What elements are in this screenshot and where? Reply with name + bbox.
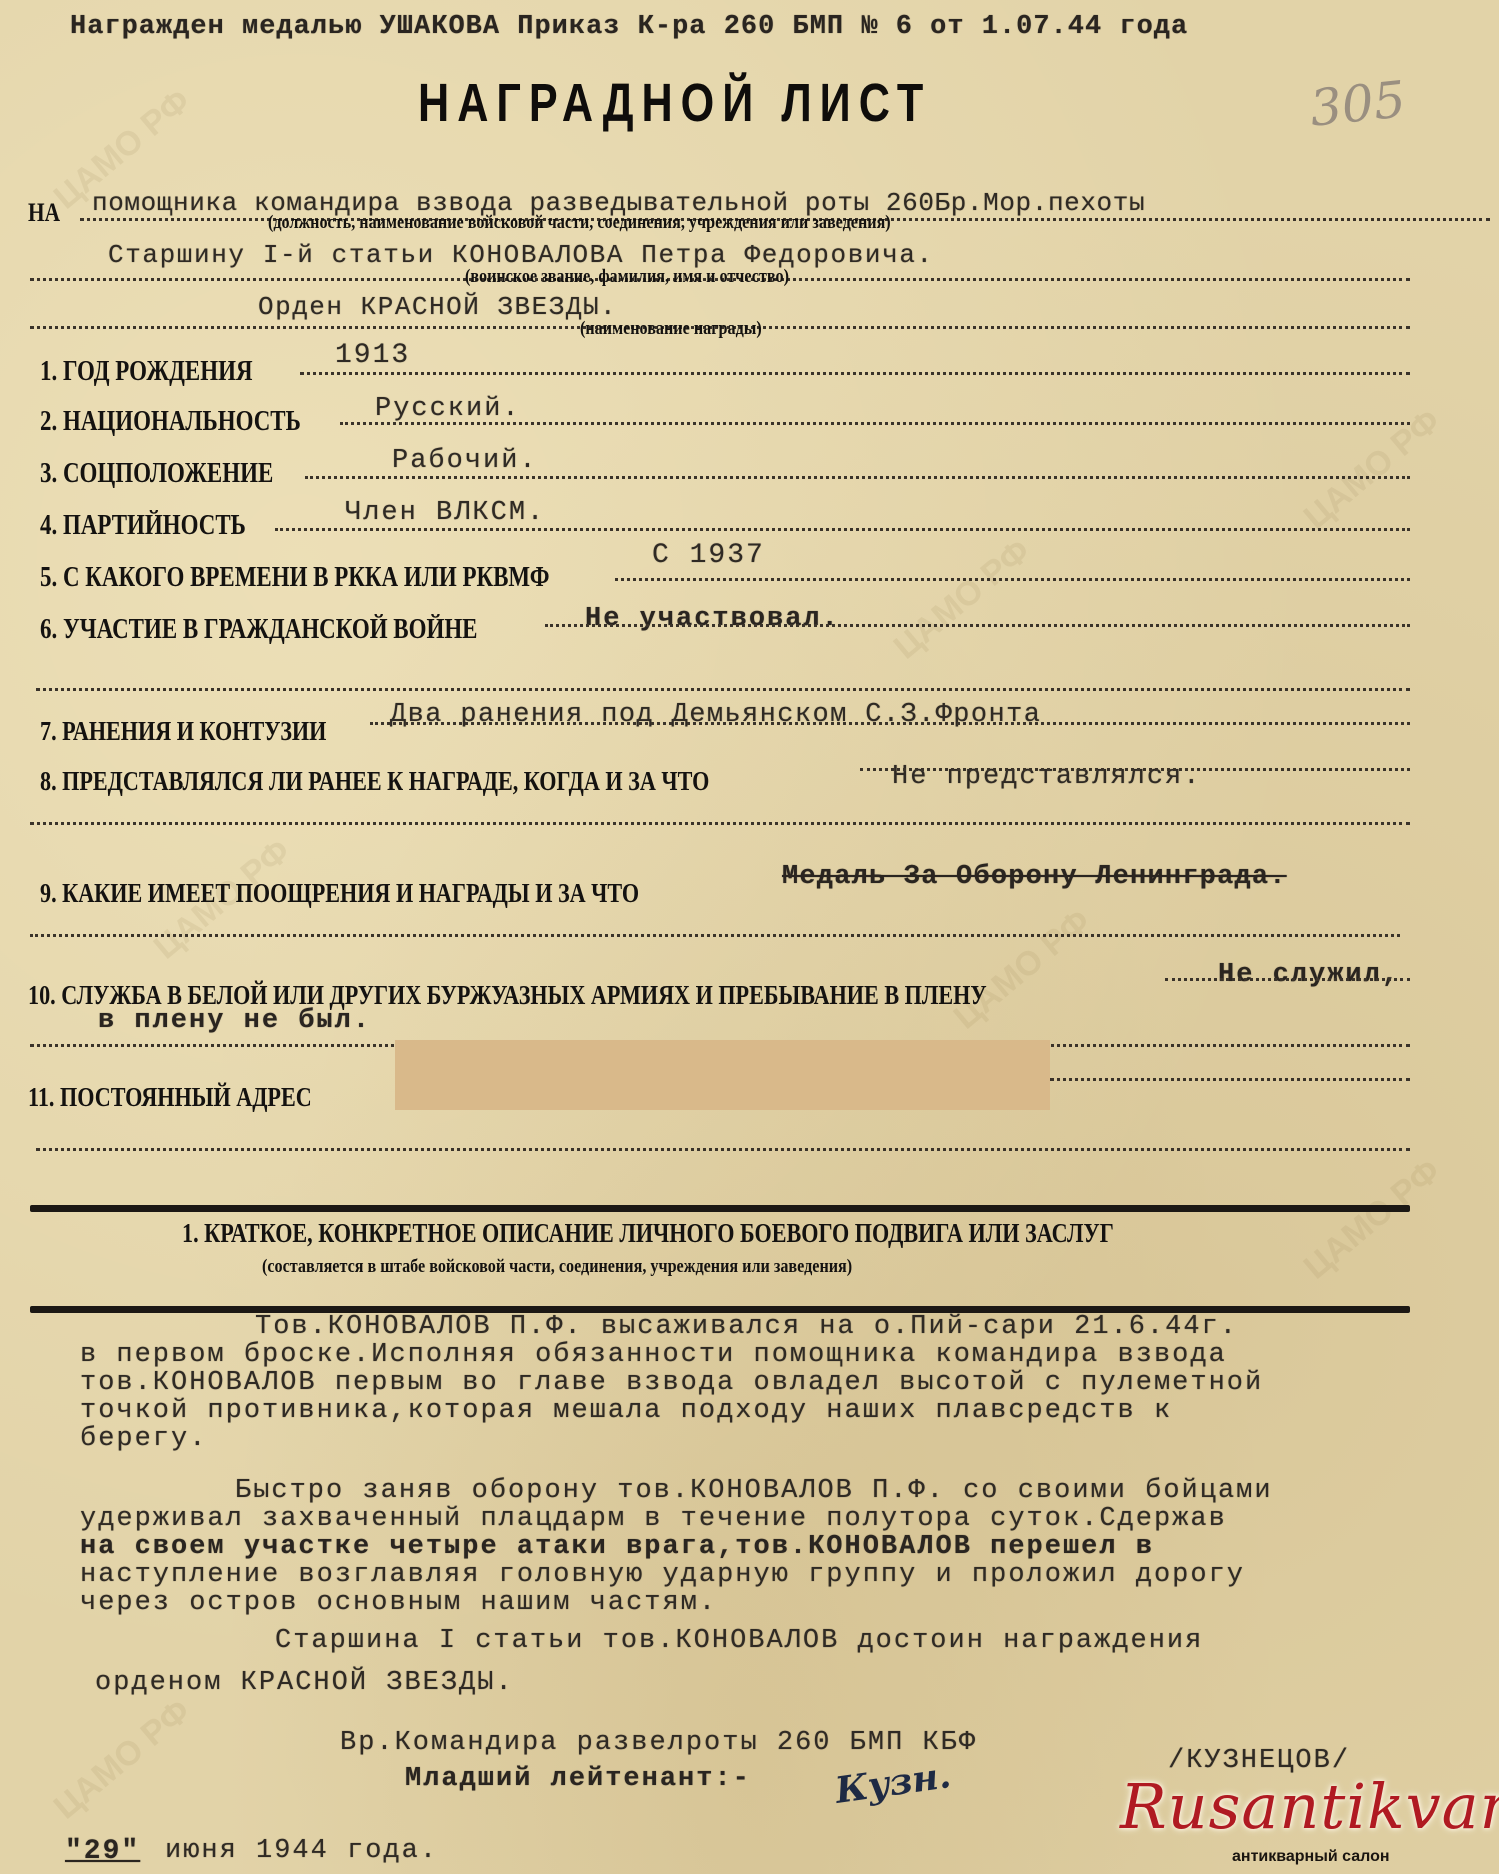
field-7-label: 7. РАНЕНИЯ И КОНТУЗИИ (40, 716, 326, 747)
narrative-line: наступление возглавляя головную ударную … (80, 1560, 1245, 1590)
field-num: 5. (40, 562, 57, 593)
field-1-label: 1. ГОД РОЖДЕНИЯ (40, 356, 253, 388)
award-caption: (наименование награды) (580, 318, 762, 340)
field-num: 1. (40, 356, 57, 387)
field-6-value: Не участвовал. (585, 604, 840, 634)
signer-title: Вр.Командира развелроты 260 БМП КБФ (340, 1728, 977, 1758)
field-num: 8. (40, 766, 57, 796)
narrative-line: в первом броске.Исполняя обязанности пом… (80, 1340, 1227, 1370)
field-6-extra-line (36, 688, 1410, 691)
field-label: УЧАСТИЕ В ГРАЖДАНСКОЙ ВОЙНЕ (63, 614, 478, 645)
brand-logo: Rusantikvar (1120, 1770, 1499, 1843)
field-6-line (545, 624, 1410, 627)
archive-number: 305 (1307, 70, 1408, 138)
archive-watermark: ЦАМО РФ (887, 532, 1038, 668)
field-7-value: Два ранения под Демьянском С.З.Фронта (390, 700, 1041, 730)
field-label: ПАРТИЙНОСТЬ (63, 510, 246, 541)
field-label: КАКИЕ ИМЕЕТ ПООЩРЕНИЯ И НАГРАДЫ И ЗА ЧТО (62, 878, 639, 908)
archive-watermark: ЦАМО РФ (947, 902, 1098, 1038)
field-8-extra-line (30, 822, 1410, 825)
field-num: 6. (40, 614, 57, 645)
narrative-line: точкой противника,которая мешала подходу… (80, 1396, 1172, 1426)
field-num: 11. (28, 1082, 54, 1112)
field-5-label: 5. С КАКОГО ВРЕМЕНИ В РККА ИЛИ РКВМФ (40, 562, 550, 594)
field-label: ГОД РОЖДЕНИЯ (63, 356, 253, 387)
archive-watermark: ЦАМО РФ (1297, 1152, 1448, 1288)
field-8-line (860, 768, 1410, 771)
field-4-line (275, 528, 1410, 531)
field-9-value: Медаль За Оборону Ленинграда. (782, 862, 1287, 892)
brand-subtitle: антикварный салон (1232, 1848, 1390, 1866)
field-label: ПРЕДСТАВЛЯЛСЯ ЛИ РАНЕЕ К НАГРАДЕ, КОГДА … (62, 766, 709, 796)
section-subheading: (составляется в штабе войсковой части, с… (262, 1256, 852, 1278)
field-1-line (300, 372, 1410, 375)
field-num: 4. (40, 510, 57, 541)
field-11-label: 11. ПОСТОЯННЫЙ АДРЕС (28, 1082, 312, 1113)
field-10-line (1165, 978, 1410, 981)
prefix-na: НА (28, 198, 60, 228)
field-num: 9. (40, 878, 57, 908)
field-4-value: Член ВЛКСМ. (345, 498, 545, 528)
narrative-line: через остров основным нашим частям. (80, 1588, 717, 1618)
field-5-line (615, 578, 1410, 581)
archive-watermark: ЦАМО РФ (47, 1692, 198, 1828)
field-8-value: Не представлялся. (892, 762, 1201, 792)
position-caption: (должность, наименование войсковой части… (268, 212, 891, 234)
narrative-line: орденом КРАСНОЙ ЗВЕЗДЫ. (95, 1668, 514, 1698)
page-title: НАГРАДНОЙ ЛИСТ (418, 72, 931, 134)
field-3-label: 3. СОЦПОЛОЖЕНИЕ (40, 458, 273, 490)
field-2-line (340, 422, 1410, 425)
field-7-line (370, 722, 1410, 725)
field-10-value: Не служил, (1218, 960, 1400, 990)
field-label: НАЦИОНАЛЬНОСТЬ (63, 406, 301, 437)
section-heading: 1. КРАТКОЕ, КОНКРЕТНОЕ ОПИСАНИЕ ЛИЧНОГО … (182, 1218, 1114, 1249)
field-label: С КАКОГО ВРЕМЕНИ В РККА ИЛИ РКВМФ (63, 562, 550, 593)
field-11-line (1050, 1078, 1410, 1081)
field-6-label: 6. УЧАСТИЕ В ГРАЖДАНСКОЙ ВОЙНЕ (40, 614, 477, 646)
narrative-line: удерживал захваченный плацдарм в течение… (80, 1504, 1227, 1534)
award-annotation: Награжден медалью УШАКОВА Приказ К-ра 26… (70, 12, 1188, 42)
narrative-line: Старшина I статьи тов.КОНОВАЛОВ достоин … (275, 1626, 1203, 1656)
field-num: 7. (40, 716, 57, 746)
field-label: СОЦПОЛОЖЕНИЕ (63, 458, 273, 489)
field-label: ПОСТОЯННЫЙ АДРЕС (60, 1082, 312, 1112)
redacted-address (395, 1040, 1050, 1110)
document-date-day: "29" (65, 1836, 140, 1867)
field-num: 10. (28, 980, 56, 1010)
field-9-extra-line (30, 934, 1400, 937)
narrative-line: Быстро заняв оборону тов.КОНОВАЛОВ П.Ф. … (235, 1476, 1273, 1506)
narrative-line: Тов.КОНОВАЛОВ П.Ф. высаживался на о.Пий-… (255, 1312, 1238, 1342)
field-3-value: Рабочий. (392, 446, 538, 476)
document-date: июня 1944 года. (165, 1836, 438, 1866)
field-3-line (305, 476, 1410, 479)
signature-mark: Кузн. (833, 1754, 954, 1812)
award-value: Орден КРАСНОЙ ЗВЕЗДЫ. (258, 292, 617, 322)
field-4-label: 4. ПАРТИЙНОСТЬ (40, 510, 246, 542)
name-caption: (воинское звание, фамилия, имя и отчеств… (465, 266, 789, 288)
narrative-line: берегу. (80, 1424, 207, 1454)
field-2-label: 2. НАЦИОНАЛЬНОСТЬ (40, 406, 301, 438)
signer-rank: Младший лейтенант:- (405, 1764, 751, 1794)
section-top-rule (30, 1205, 1410, 1212)
field-11-extra-line (36, 1148, 1410, 1151)
field-9-label: 9. КАКИЕ ИМЕЕТ ПООЩРЕНИЯ И НАГРАДЫ И ЗА … (40, 878, 639, 909)
narrative-line: на своем участке четыре атаки врага,тов.… (80, 1532, 1154, 1562)
field-10-value-cont: в плену не был. (98, 1006, 371, 1036)
field-5-value: С 1937 (652, 540, 765, 571)
field-num: 3. (40, 458, 57, 489)
field-1-value: 1913 (335, 340, 410, 371)
field-8-label: 8. ПРЕДСТАВЛЯЛСЯ ЛИ РАНЕЕ К НАГРАДЕ, КОГ… (40, 766, 709, 797)
field-num: 2. (40, 406, 57, 437)
field-label: РАНЕНИЯ И КОНТУЗИИ (62, 716, 326, 746)
field-2-value: Русский. (375, 394, 521, 424)
narrative-line: тов.КОНОВАЛОВ первым во главе взвода овл… (80, 1368, 1263, 1398)
